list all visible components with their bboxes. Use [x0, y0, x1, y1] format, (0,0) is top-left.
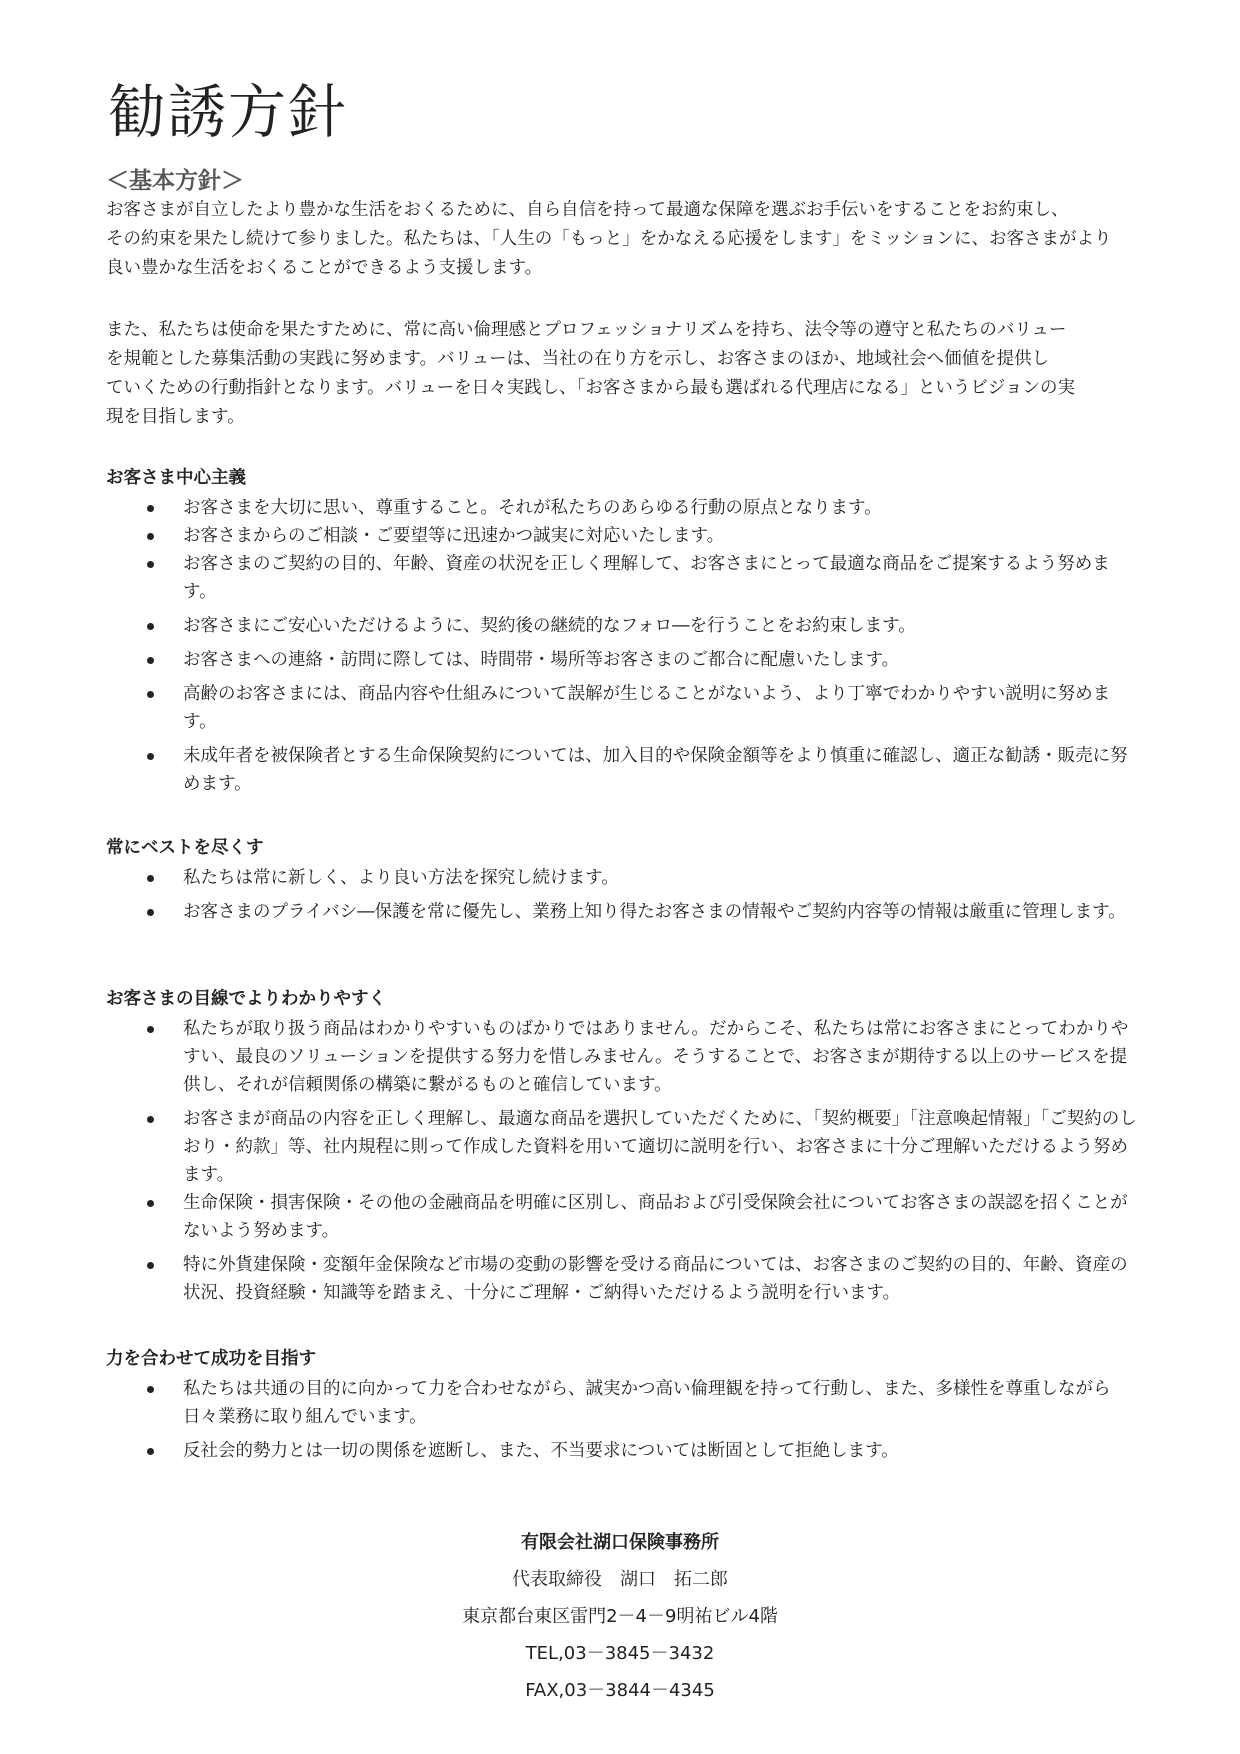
- basic-policy-paragraph-1: お客さまが自立したより豊かな生活をおくるために、自ら自信を持って最適な保障を選ぶ…: [106, 196, 1166, 283]
- paragraph-line: また、私たちは使命を果たすために、常に高い倫理感とプロフェッショナリズムを持ち、…: [106, 320, 1066, 340]
- page-title: 勧誘方針: [108, 72, 348, 152]
- paragraph-line: を規範とした募集活動の実践に努めます。バリューは、当社の在り方を示し、お客さまの…: [106, 349, 1049, 369]
- section-list-work-together: 私たちは共通の目的に向かって力を合わせながら、誠実かつ高い倫理観を持って行動し、…: [0, 1375, 1240, 1465]
- bullet-icon: [147, 623, 154, 630]
- paragraph-line: お客さまが自立したより豊かな生活をおくるために、自ら自信を持って最適な保障を選ぶ…: [106, 200, 1069, 220]
- section-heading-best-effort: 常にベストを尽くす: [106, 835, 264, 861]
- list-item: 未成年者を被保険者とする生命保険契約については、加入目的や保険金額等をより慎重に…: [0, 742, 1143, 798]
- company-signature: 有限会社湖口保険事務所 代表取締役 湖口 拓二郎 東京都台東区雷門2－4－9明祐…: [0, 1524, 1240, 1709]
- bullet-icon: [147, 1026, 154, 1033]
- bullet-icon: [147, 1116, 154, 1123]
- bullet-icon: [147, 691, 154, 698]
- paragraph-line: 良い豊かな生活をおくることができるよう支援します。: [106, 258, 542, 278]
- list-item: お客さまを大切に思い、尊重すること。それが私たちのあらゆる行動の原点となります。: [0, 494, 1143, 522]
- list-item: 私たちが取り扱う商品はわかりやすいものばかりではありません。だからこそ、私たちは…: [0, 1015, 1143, 1099]
- fax-number: FAX,03－3844－4345: [0, 1672, 1240, 1709]
- representative: 代表取締役 湖口 拓二郎: [0, 1561, 1240, 1598]
- bullet-icon: [147, 1448, 154, 1455]
- list-item: お客さまへの連絡・訪問に際しては、時間帯・場所等お客さまのご都合に配慮いたします…: [0, 646, 1143, 674]
- phone-number: TEL,03－3845－3432: [0, 1635, 1240, 1672]
- list-item: 私たちは共通の目的に向かって力を合わせながら、誠実かつ高い倫理観を持って行動し、…: [0, 1375, 1143, 1431]
- paragraph-line: その約束を果たし続けて参りました。私たちは、「人生の「もっと」をかなえる応援をし…: [106, 229, 1112, 249]
- bullet-icon: [147, 505, 154, 512]
- list-item: 高齢のお客さまには、商品内容や仕組みについて誤解が生じることがないよう、より丁寧…: [0, 680, 1143, 736]
- bullet-icon: [147, 1200, 154, 1207]
- bullet-icon: [147, 1262, 154, 1269]
- list-item: 反社会的勢力とは一切の関係を遮断し、また、不当要求については断固として拒絶します…: [0, 1437, 1143, 1465]
- section-list-best-effort: 私たちは常に新しく、より良い方法を探究し続けます。 お客さまのプライバシ―保護を…: [0, 864, 1240, 926]
- paragraph-line: ていくための行動指針となります。バリューを日々実践し、「お客さまから最も選ばれる…: [106, 378, 1075, 398]
- section-heading-work-together: 力を合わせて成功を目指す: [106, 1346, 316, 1372]
- list-item: 生命保険・損害保険・その他の金融商品を明確に区別し、商品および引受保険会社につい…: [0, 1189, 1143, 1245]
- basic-policy-paragraph-2: また、私たちは使命を果たすために、常に高い倫理感とプロフェッショナリズムを持ち、…: [106, 316, 1166, 432]
- list-item: 私たちは常に新しく、より良い方法を探究し続けます。: [0, 864, 1143, 892]
- list-item: 特に外貨建保険・変額年金保険など市場の変動の影響を受ける商品については、お客さま…: [0, 1251, 1143, 1307]
- list-item: お客さまが商品の内容を正しく理解し、最適な商品を選択していただくために、「契約概…: [0, 1105, 1143, 1189]
- list-item: お客さまからのご相談・ご要望等に迅速かつ誠実に対応いたします。: [0, 522, 1143, 550]
- list-item: お客さまにご安心いただけるように、契約後の継続的なフォロ―を行うことをお約束しま…: [0, 612, 1143, 640]
- section-list-customer-first: お客さまを大切に思い、尊重すること。それが私たちのあらゆる行動の原点となります。…: [0, 494, 1240, 798]
- address: 東京都台東区雷門2－4－9明祐ビル4階: [0, 1598, 1240, 1635]
- bullet-icon: [147, 1386, 154, 1393]
- bullet-icon: [147, 533, 154, 540]
- list-item: お客さまのご契約の目的、年齢、資産の状況を正しく理解して、お客さまにとって最適な…: [0, 550, 1143, 606]
- company-name: 有限会社湖口保険事務所: [0, 1524, 1240, 1561]
- bullet-icon: [147, 561, 154, 568]
- basic-policy-heading: ＜基本方針＞: [106, 166, 244, 196]
- list-item: お客さまのプライバシ―保護を常に優先し、業務上知り得たお客さまの情報やご契約内容…: [0, 898, 1143, 926]
- section-heading-customer-first: お客さま中心主義: [106, 465, 246, 491]
- bullet-icon: [147, 753, 154, 760]
- document-page: 勧誘方針 ＜基本方針＞ お客さまが自立したより豊かな生活をおくるために、自ら自信…: [0, 0, 1240, 1754]
- bullet-icon: [147, 657, 154, 664]
- paragraph-line: 現を目指します。: [106, 407, 245, 427]
- section-heading-easy-to-understand: お客さまの目線でよりわかりやすく: [106, 986, 386, 1012]
- bullet-icon: [147, 909, 154, 916]
- section-list-easy-to-understand: 私たちが取り扱う商品はわかりやすいものばかりではありません。だからこそ、私たちは…: [0, 1015, 1240, 1307]
- bullet-icon: [147, 875, 154, 882]
